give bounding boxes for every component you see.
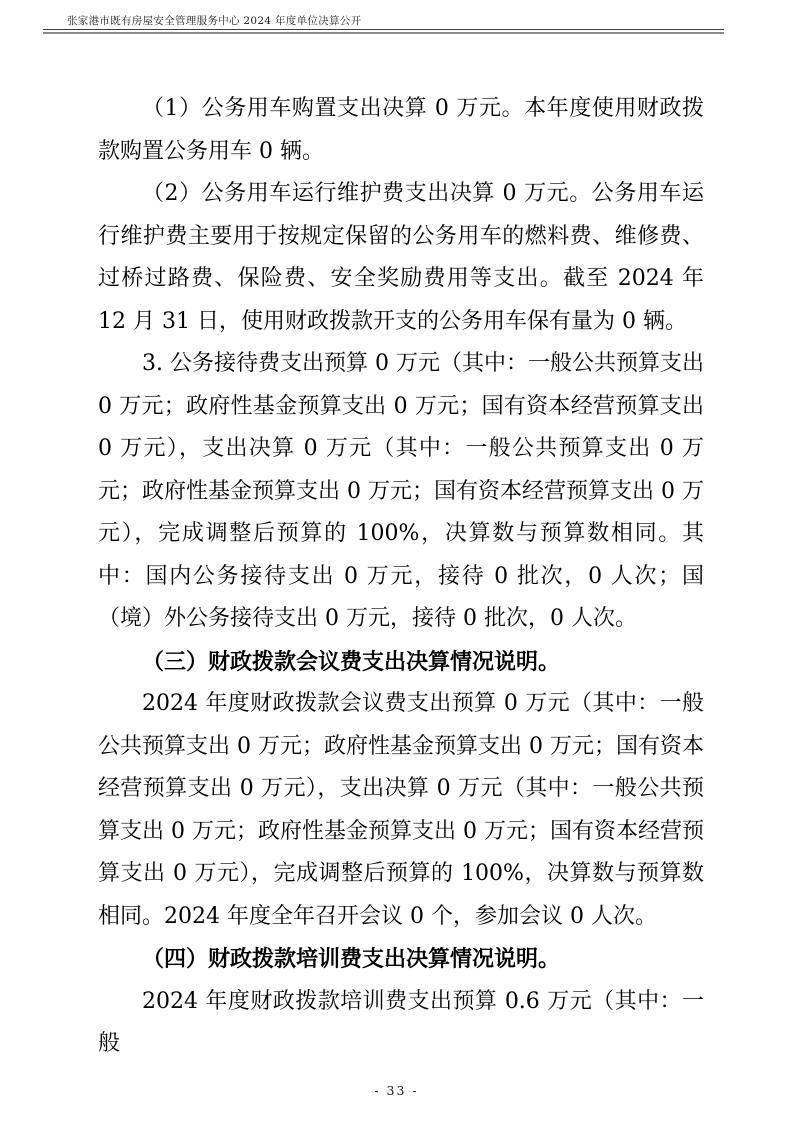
page-number: - 33 - xyxy=(0,1083,793,1098)
document-page: 张家港市既有房屋安全管理服务中心 2024 年度单位决算公开 （1）公务用车购置… xyxy=(0,0,793,1122)
section-heading: （四）财政拨款培训费支出决算情况说明。 xyxy=(98,938,704,981)
section-heading: （三）财政拨款会议费支出决算情况说明。 xyxy=(98,641,704,684)
header-divider xyxy=(43,29,724,34)
header-title: 张家港市既有房屋安全管理服务中心 2024 年度单位决算公开 xyxy=(67,13,361,28)
document-body: （1）公务用车购置支出决算 0 万元。本年度使用财政拨款购置公务用车 0 辆。 … xyxy=(98,88,704,1066)
document-paragraph: （1）公务用车购置支出决算 0 万元。本年度使用财政拨款购置公务用车 0 辆。 xyxy=(98,88,704,173)
document-paragraph: 2024 年度财政拨款会议费支出预算 0 万元（其中：一般公共预算支出 0 万元… xyxy=(98,683,704,938)
document-paragraph: 2024 年度财政拨款培训费支出预算 0.6 万元（其中：一般 xyxy=(98,981,704,1066)
document-paragraph: （2）公务用车运行维护费支出决算 0 万元。公务用车运行维护费主要用于按规定保留… xyxy=(98,173,704,343)
document-paragraph: 3. 公务接待费支出预算 0 万元（其中：一般公共预算支出 0 万元；政府性基金… xyxy=(98,343,704,641)
